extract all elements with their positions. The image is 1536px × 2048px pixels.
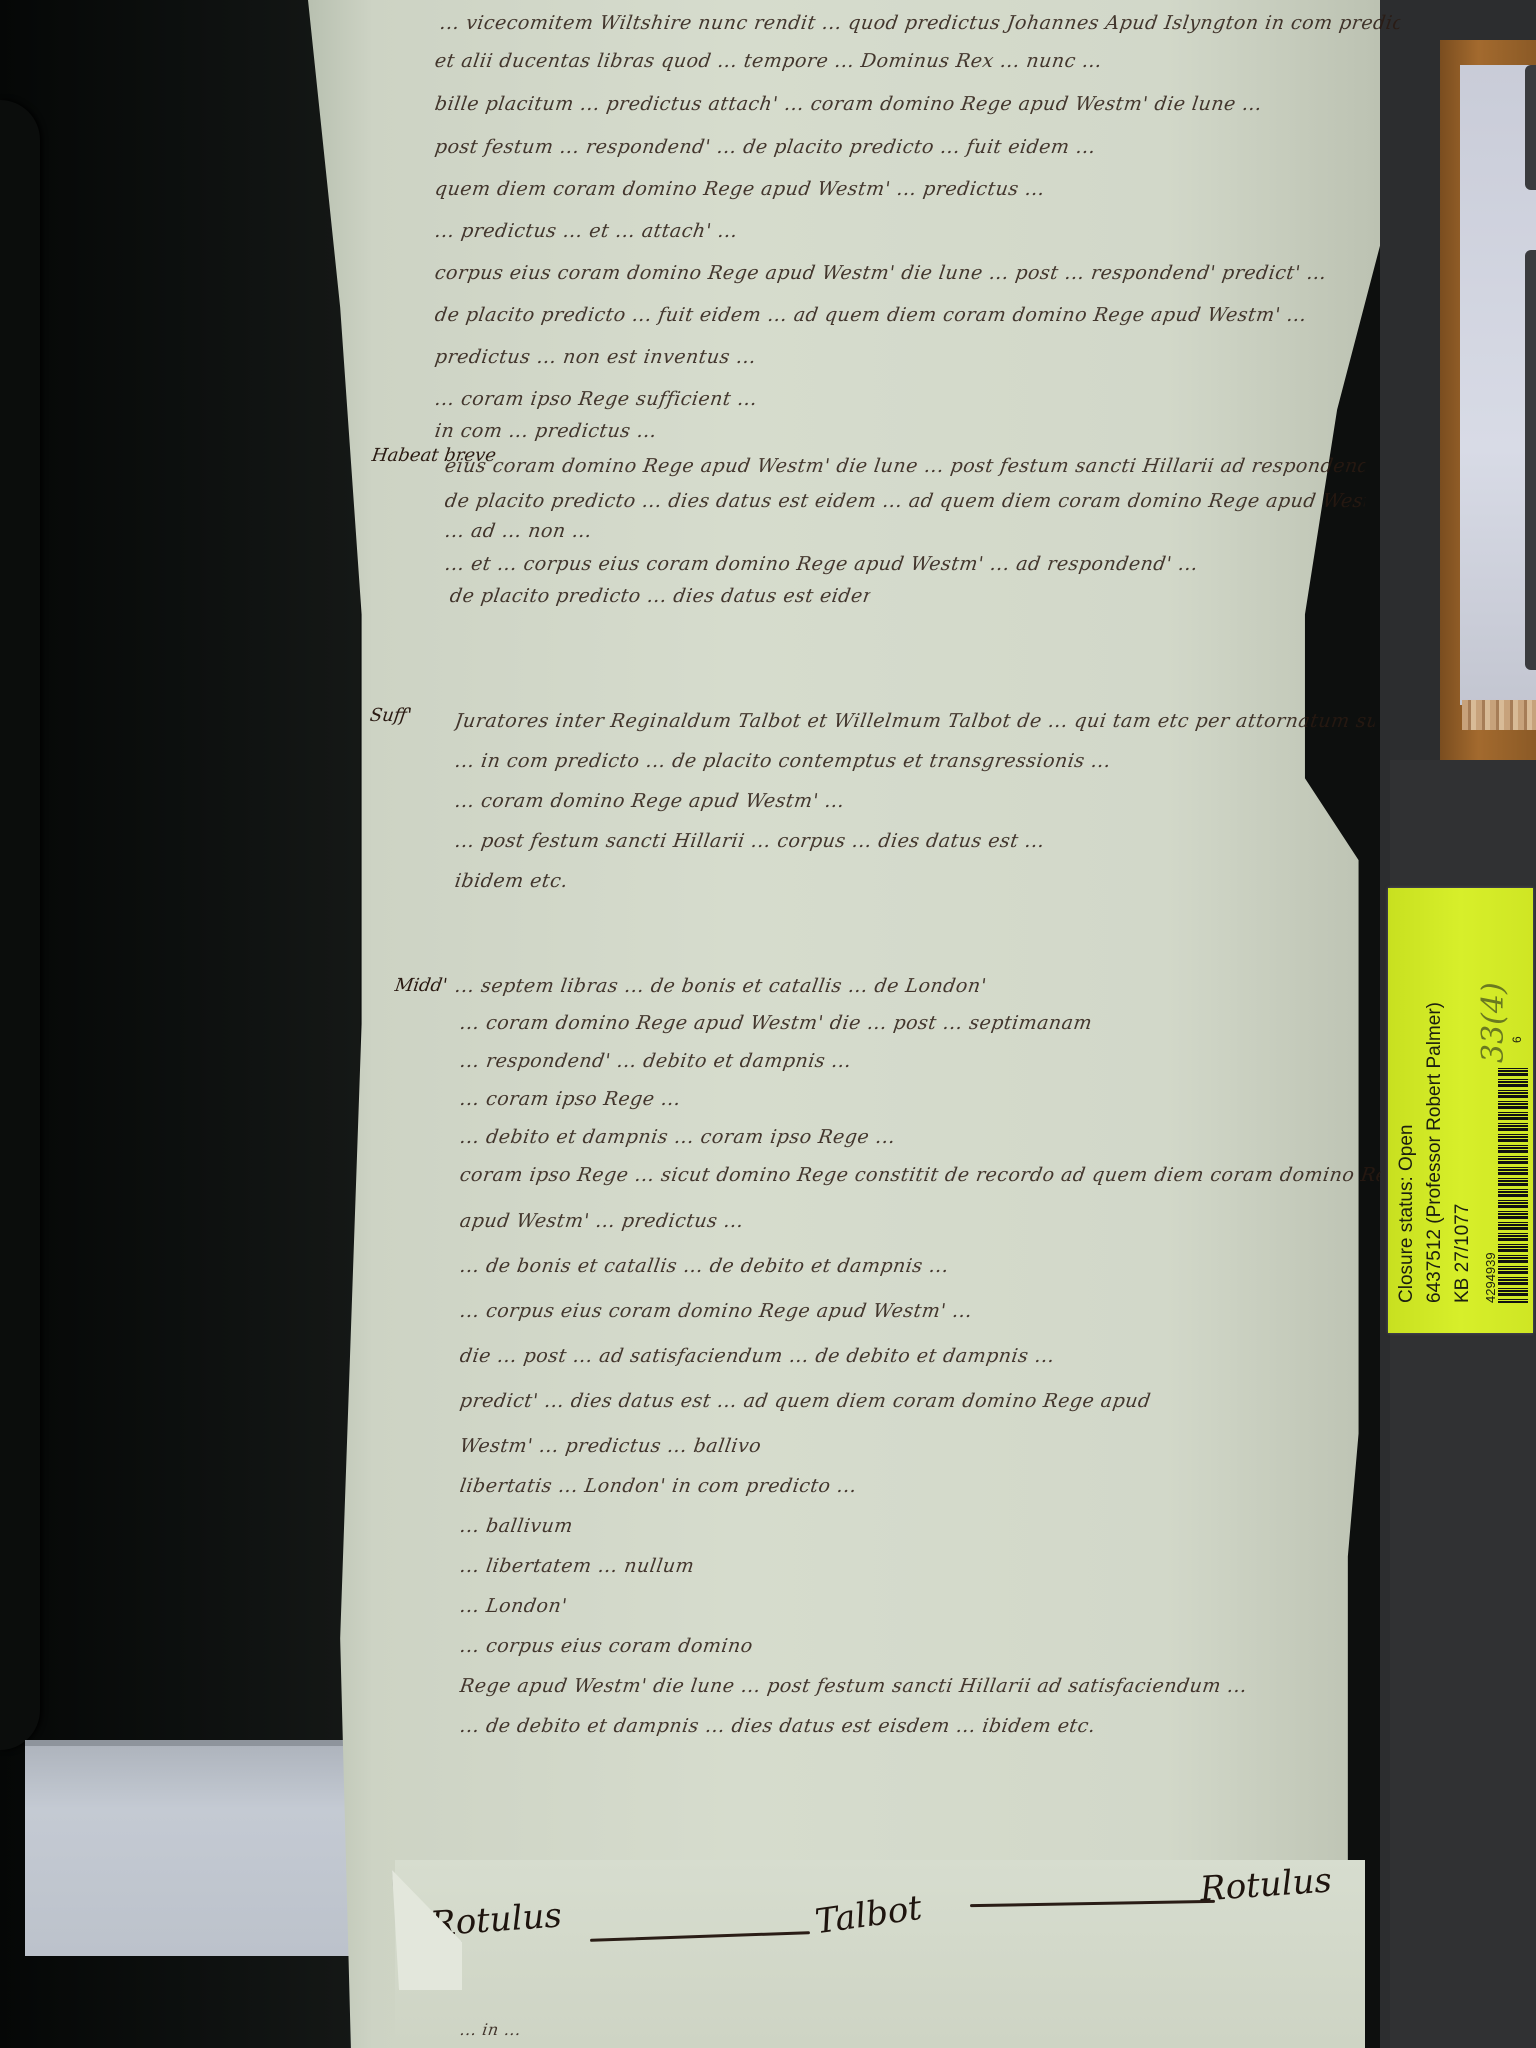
manuscript-line: Rege apud Westm' die lune ... post festu… — [458, 1675, 1381, 1697]
manuscript-line: in com ... predictus ... — [433, 420, 1366, 442]
manuscript-line: ... ballivum — [458, 1515, 1381, 1537]
manuscript-line: predict' ... dies datus est ... ad quem … — [458, 1390, 1381, 1412]
manuscript-line: ... debito et dampnis ... coram ipso Reg… — [458, 1126, 1381, 1148]
manuscript-line: ... predictus ... et ... attach' ... — [433, 220, 1356, 242]
manuscript-line: ... coram domino Rege apud Westm' die ..… — [458, 1012, 1381, 1034]
margin-note: Suff' — [369, 705, 414, 726]
archival-label: 4294939 KB 27/1077 6437512 (Professor Ro… — [1388, 888, 1533, 1333]
manuscript-line: ... London' — [458, 1595, 1381, 1617]
manuscript-line: corpus eius coram domino Rege apud Westm… — [433, 262, 1356, 284]
label-small-number: 6 — [1510, 1036, 1524, 1043]
pencil-annotation: 33(4) — [1476, 982, 1511, 1063]
manuscript-line: libertatis ... London' in com predicto .… — [458, 1475, 1381, 1497]
manuscript-line: de placito predicto ... fuit eidem ... a… — [433, 304, 1356, 326]
manuscript-line: ... respondend' ... debito et dampnis ..… — [458, 1050, 1381, 1072]
manuscript-line: ibidem etc. — [453, 870, 576, 892]
manuscript-line: bille placitum ... predictus attach' ...… — [433, 93, 1396, 115]
label-reference: KB 27/1077 — [1452, 1204, 1474, 1303]
manuscript-line: predictus ... non est inventus ... — [433, 346, 1356, 368]
label-reader-ticket: 6437512 (Professor Robert Palmer) — [1424, 1002, 1446, 1303]
margin-note: Midd' — [394, 975, 449, 996]
manuscript-line: ... septem libras ... de bonis et catall… — [453, 975, 1376, 997]
manuscript-line: ... ad ... non ... — [443, 520, 1366, 542]
manuscript-line: eius coram domino Rege apud Westm' die l… — [443, 455, 1366, 477]
lower-membrane-text: ... in ... — [459, 2020, 582, 2039]
manuscript-line: ... corpus eius coram domino — [458, 1635, 1381, 1657]
box-shadow-block — [1525, 250, 1536, 670]
manuscript-line: ... libertatem ... nullum — [458, 1555, 1381, 1577]
manuscript-line: coram ipso Rege ... sicut domino Rege co… — [458, 1164, 1381, 1186]
dark-cushion — [0, 100, 40, 1750]
manuscript-line: ... de bonis et catallis ... de debito e… — [458, 1255, 1381, 1277]
manuscript-line: ... et ... corpus eius coram domino Rege… — [443, 553, 1366, 575]
manuscript-line: apud Westm' ... predictus ... — [458, 1210, 1381, 1232]
manuscript-line: ... vicecomitem Wiltshire nunc rendit ..… — [438, 12, 1401, 34]
manuscript-line: ... coram domino Rege apud Westm' ... — [453, 790, 1376, 812]
manuscript-line: quem diem coram domino Rege apud Westm' … — [433, 178, 1376, 200]
manuscript-line: ... de debito et dampnis ... dies datus … — [458, 1715, 1341, 1737]
manuscript-line: ... in com predicto ... de placito conte… — [453, 750, 1376, 772]
label-barcode-number: 4294939 — [1483, 1252, 1498, 1303]
manuscript-line: ... post festum sancti Hillarii ... corp… — [453, 830, 1376, 852]
wooden-frame-edge — [1462, 700, 1536, 730]
manuscript-line: ... coram ipso Rege ... — [458, 1088, 1381, 1110]
manuscript-line: ... coram ipso Rege sufficient ... — [433, 388, 1356, 410]
box-shadow-block — [1525, 65, 1536, 190]
manuscript-line: de placito predicto ... dies datus est e… — [448, 585, 871, 607]
barcode — [1498, 1068, 1528, 1303]
manuscript-line: ... corpus eius coram domino Rege apud W… — [458, 1300, 1381, 1322]
manuscript-line: de placito predicto ... dies datus est e… — [443, 490, 1366, 512]
manuscript-line: die ... post ... ad satisfaciendum ... d… — [458, 1345, 1381, 1367]
manuscript-line: Juratores inter Reginaldum Talbot et Wil… — [453, 710, 1376, 732]
manuscript-line: et alii ducentas libras quod ... tempore… — [433, 50, 1396, 72]
manuscript-line: post festum ... respondend' ... de placi… — [433, 136, 1396, 158]
manuscript-line: Westm' ... predictus ... ballivo — [458, 1435, 1381, 1457]
label-closure-status: Closure status: Open — [1396, 1125, 1418, 1303]
